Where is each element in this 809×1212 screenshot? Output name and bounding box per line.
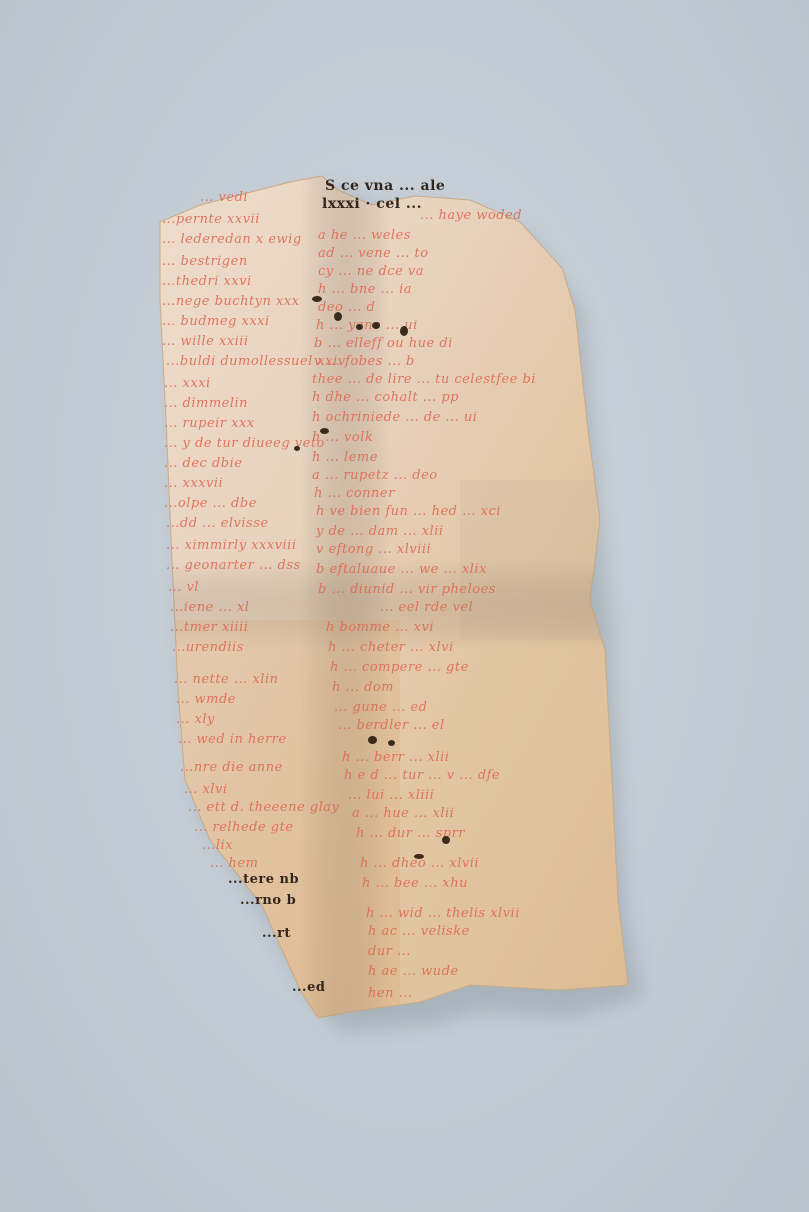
left-line: ...olpe ... dbe — [164, 496, 257, 511]
right-line: h e d ... tur ... v ... dfe — [344, 768, 500, 783]
left-line: ... vedi — [200, 190, 248, 205]
right-line: h ... leme — [312, 450, 378, 465]
hole — [372, 322, 380, 329]
left-line: ...thedri xxvi — [162, 274, 252, 289]
right-line: h ... cheter ... xlvi — [328, 640, 454, 655]
left-line: ...urendiis — [172, 640, 244, 655]
right-line: deo ... d — [318, 300, 375, 315]
left-line: ... bestrigen — [162, 254, 248, 269]
header-line-2: lxxxi · cel ... — [322, 196, 422, 212]
photo-scene: S ce vna ... ale lxxxi · cel ... ... ved… — [0, 0, 809, 1212]
left-line: ... geonarter ... dss — [166, 558, 301, 573]
right-line: hen ... — [368, 986, 412, 1001]
left-line: ... y de tur diueeg veto — [164, 436, 325, 451]
right-line: h ... dom — [332, 680, 394, 695]
left-line: ... wed in herre — [178, 732, 287, 747]
left-line: ...iene ... xl — [170, 600, 249, 615]
right-line: h ochriniede ... de ... ui — [312, 410, 477, 425]
left-line: ... budmeg xxxi — [162, 314, 270, 329]
left-line: ... xxxi — [164, 376, 211, 391]
right-line: h ... bne ... ia — [318, 282, 412, 297]
hole — [320, 428, 329, 434]
left-black-line: ...ed — [292, 980, 325, 995]
right-line: ... gune ... ed — [334, 700, 427, 715]
right-line: b ... elleff ou hue di — [314, 336, 453, 351]
left-line: ... rupeir xxx — [164, 416, 255, 431]
left-line: ... hem — [210, 856, 258, 871]
right-line: thee ... de lire ... tu celestfee bi — [312, 372, 536, 387]
hole — [400, 326, 408, 336]
hole — [442, 836, 450, 844]
left-black-line: ...rt — [262, 926, 291, 941]
left-line: ... xxxvii — [164, 476, 223, 491]
right-line: ... haye woded — [420, 208, 522, 223]
right-line: ... eel rde vel — [380, 600, 473, 615]
right-line: h ... compere ... gte — [330, 660, 469, 675]
right-line: h dhe ... cohalt ... pp — [312, 390, 459, 405]
right-line: ... berdler ... el — [338, 718, 445, 733]
right-line: v ... fobes ... b — [314, 354, 415, 369]
right-line: h bomme ... xvi — [326, 620, 434, 635]
left-line: ... xly — [176, 712, 215, 727]
right-line: h ... wid ... thelis xlvii — [366, 906, 520, 921]
left-line: ...dd ... elvisse — [166, 516, 269, 531]
left-line: ...nre die anne — [180, 760, 283, 775]
left-line: ...pernte xxvii — [162, 212, 260, 227]
left-line: ... xlvi — [184, 782, 228, 797]
left-line: ... relhede gte — [194, 820, 294, 835]
right-line: h ... bee ... xhu — [362, 876, 468, 891]
left-line: ... ximmirly xxxviii — [166, 538, 297, 553]
right-line: b eftaluaue ... we ... xlix — [316, 562, 487, 577]
left-line: ... wmde — [176, 692, 236, 707]
hole — [334, 312, 342, 321]
left-line: ... ett d. theeene glay — [188, 800, 339, 815]
left-line: ...nege buchtyn xxx — [162, 294, 300, 309]
right-line: a he ... weles — [318, 228, 411, 243]
right-line: cy ... ne dce va — [318, 264, 424, 279]
hole — [368, 736, 377, 744]
left-line: ... dimmelin — [164, 396, 248, 411]
hole — [294, 446, 300, 451]
right-line: y de ... dam ... xlii — [316, 524, 444, 539]
right-line: h ... conner — [314, 486, 395, 501]
right-line: h ae ... wude — [368, 964, 459, 979]
left-line: ... lederedan x ewig — [162, 232, 302, 247]
left-line: ... wille xxiii — [162, 334, 249, 349]
right-line: ad ... vene ... to — [318, 246, 429, 261]
right-line: a ... hue ... xlii — [352, 806, 454, 821]
right-line: h ve bien fun ... hed ... xci — [316, 504, 501, 519]
hole — [312, 296, 322, 302]
right-line: h ... berr ... xlii — [342, 750, 449, 765]
hole — [414, 854, 424, 859]
left-line: ...lix — [202, 838, 233, 853]
right-line: dur ... — [368, 944, 411, 959]
right-line: v eftong ... xlviii — [316, 542, 431, 557]
left-black-line: ...tere nb — [228, 872, 299, 887]
hole — [388, 740, 395, 746]
left-line: ...tmer xiiii — [170, 620, 248, 635]
right-line: a ... rupetz ... deo — [312, 468, 438, 483]
left-line: ... vl — [168, 580, 199, 595]
left-black-line: ...rno b — [240, 893, 296, 908]
right-line: ... lui ... xliii — [348, 788, 434, 803]
right-line: h ac ... veliske — [368, 924, 470, 939]
hole — [356, 324, 363, 330]
right-line: b ... diunid ... vir pheloes — [318, 582, 496, 597]
header-line-1: S ce vna ... ale — [325, 178, 445, 194]
left-line: ... nette ... xlin — [174, 672, 278, 687]
left-line: ... dec dbie — [164, 456, 242, 471]
